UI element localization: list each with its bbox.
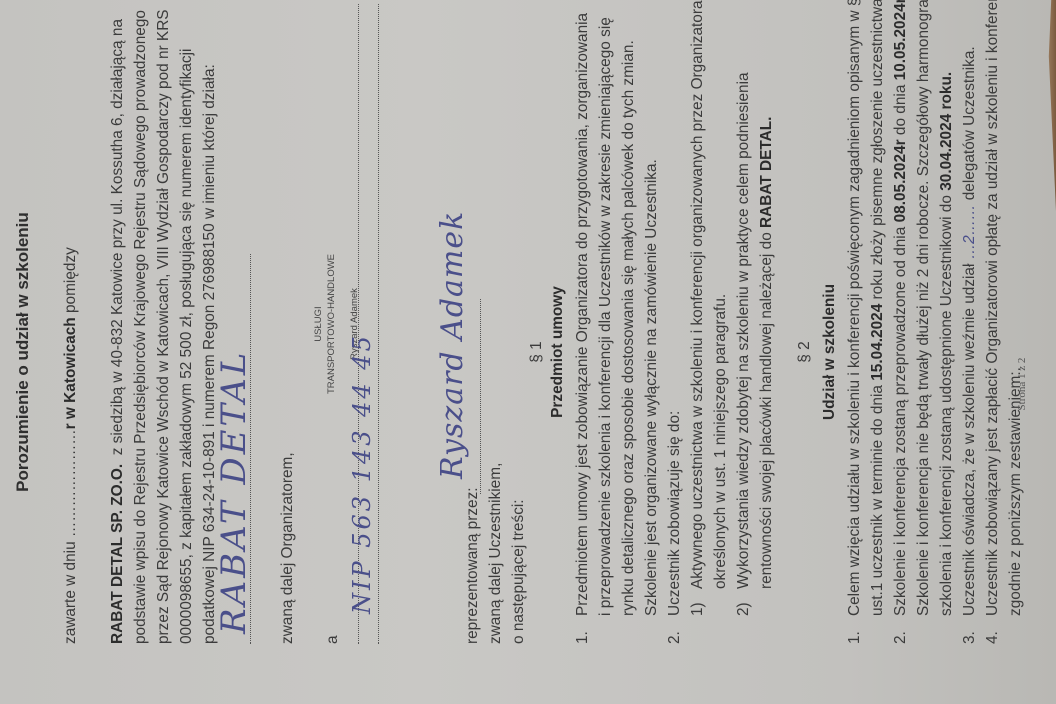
stamp-line-2: TRANSPORTOWO-HANDLOWE (325, 234, 338, 414)
intro-line: zawarte w dniu …………………r w Katowicach pom… (58, 247, 83, 644)
s2-item-4-line-1: Uczestnik zobowiązany jest zapłacić Orga… (980, 0, 1005, 616)
s2-item-3-text: Uczestnik oświadcza, że w szkoleniu weźm… (961, 259, 978, 616)
section-2-number: § 2 (792, 0, 817, 704)
s2-item-2-line-2: Szkolenie i konferencja nie będą trwały … (911, 0, 936, 616)
organizer-line-4: 0000098655, z kapitałem zakładowym 52 50… (174, 49, 199, 644)
participant-dotted-line-2 (378, 4, 379, 644)
schedule-date: 30.04.2024 roku. (938, 72, 955, 191)
organizer-text: z siedzibą w 40-832 Katowice przy ul. Ko… (109, 19, 126, 455)
s2-item-2-text-2: szkolenia i konferencji zostaną udostępn… (938, 191, 955, 616)
s2-item-1-tail: roku złoży pisemne zgłoszenie uczestnict… (869, 0, 886, 304)
place: r w Katowicach (62, 317, 79, 429)
s1-subitem-1-number: 1) (685, 594, 710, 616)
represented-by: reprezentowaną przez: (460, 487, 485, 644)
s2-item-2-line-3: szkolenia i konferencji zostaną udostępn… (934, 72, 959, 616)
organizer-name: RABAT DETAL SP. ZO.O. (109, 464, 126, 644)
s1-subitem-2-number: 2) (731, 594, 756, 616)
signatory-dotted-line (250, 254, 251, 644)
s2-item-3-tail: delegatów Uczestnika. (961, 46, 978, 204)
section-1-heading: Przedmiot umowy (545, 0, 570, 704)
representative-dotted-line (480, 299, 481, 494)
s2-item-1-line-1: Celem wzięcia udziału w szkoleniu i konf… (842, 0, 867, 616)
s1-subitem-1-line-1: Aktywnego uczestnictwa w szkoleniu i kon… (685, 0, 710, 589)
application-deadline: 15.04.2024 (869, 304, 886, 381)
document-page: Porozumienie o udział w szkoleniu zawart… (0, 0, 1056, 704)
s1-subitem-2-line-1: Wykorzystania wiedzy zdobytej na szkolen… (731, 72, 756, 589)
s2-item-1-text: ust.1 uczestnik w terminie do dnia (869, 381, 886, 616)
s2-item-2-number: 2. (888, 622, 913, 644)
organizer-line-1: RABAT DETAL SP. ZO.O. z siedzibą w 40-83… (105, 4, 130, 644)
date-blank: ………………… (62, 429, 79, 537)
s2-item-1-number: 1. (842, 622, 867, 644)
stamp-line-1: USŁUGI (312, 234, 325, 414)
s2-item-2-line-1: Szkolenie i konferencja zostaną przeprow… (888, 0, 913, 616)
page-footer: Strona 1 z 2 (1010, 324, 1035, 444)
s1-subitem-2-line-2: rentowności swojej placówki handlowej na… (754, 117, 779, 589)
delegate-count: …2…… (961, 205, 978, 260)
s1-item-2-line-1: Uczestnik zobowiązuje się do: (662, 411, 687, 616)
training-start-date: 08.05.2024r (892, 139, 909, 222)
training-end-date: 10.05.2024r. (892, 0, 909, 80)
s1-item-1-number: 1. (570, 622, 595, 644)
handwritten-organizer-name: RABAT DETAL (222, 350, 247, 634)
s2-item-1-line-2: ust.1 uczestnik w terminie do dnia 15.04… (865, 0, 890, 616)
s2-item-4-number: 4. (980, 622, 1005, 644)
section-2-heading: Udział w szkoleniu (817, 0, 842, 704)
s2-item-2-mid: do dnia (892, 80, 909, 139)
s2-item-3-number: 3. (957, 622, 982, 644)
intro-prefix: zawarte w dniu (62, 537, 79, 644)
represented-by-label: reprezentowaną przez: (464, 487, 481, 644)
s1-subitem-2-bold: RABAT DETAL. (758, 117, 775, 228)
organizer-called: zwaną dalej Organizatorem, (275, 452, 300, 644)
organizer-line-3: przez Sąd Rejonowy Katowice Wschód w Kat… (151, 9, 176, 644)
s1-subitem-2-text: rentowności swojej placówki handlowej na… (758, 228, 775, 589)
participant-called: zwaną dalej Uczestnikiem, (483, 463, 508, 644)
handwritten-signature: Ryszard Adamek (440, 211, 465, 479)
s2-item-2-text: Szkolenie i konferencja zostaną przeprow… (892, 222, 909, 616)
handwritten-nip: NIP 563 143 44 45 (350, 333, 375, 614)
intro-suffix: pomiędzy (62, 247, 79, 317)
s2-item-3-line-1: Uczestnik oświadcza, że w szkoleniu weźm… (957, 46, 982, 616)
document-title: Porozumienie o udział w szkoleniu (10, 0, 35, 704)
conjunction-a: a (320, 635, 345, 644)
s1-item-1-line-4: Szkolenie jest organizowane wyłącznie na… (639, 159, 664, 616)
organizer-line-2: podstawie wpisu do Rejestru Przedsiębior… (128, 10, 153, 644)
s1-item-1-line-1: Przedmiotem umowy jest zobowiązanie Orga… (570, 13, 595, 616)
s1-item-1-line-2: i przeprowadzenie szkolenia i konferencj… (593, 17, 618, 616)
s1-subitem-1-line-2: określonych w ust. 1 niniejszego paragra… (708, 294, 733, 589)
s1-item-2-number: 2. (662, 622, 687, 644)
s1-item-1-line-3: rynku detalicznego oraz sposobie dostoso… (616, 40, 641, 616)
